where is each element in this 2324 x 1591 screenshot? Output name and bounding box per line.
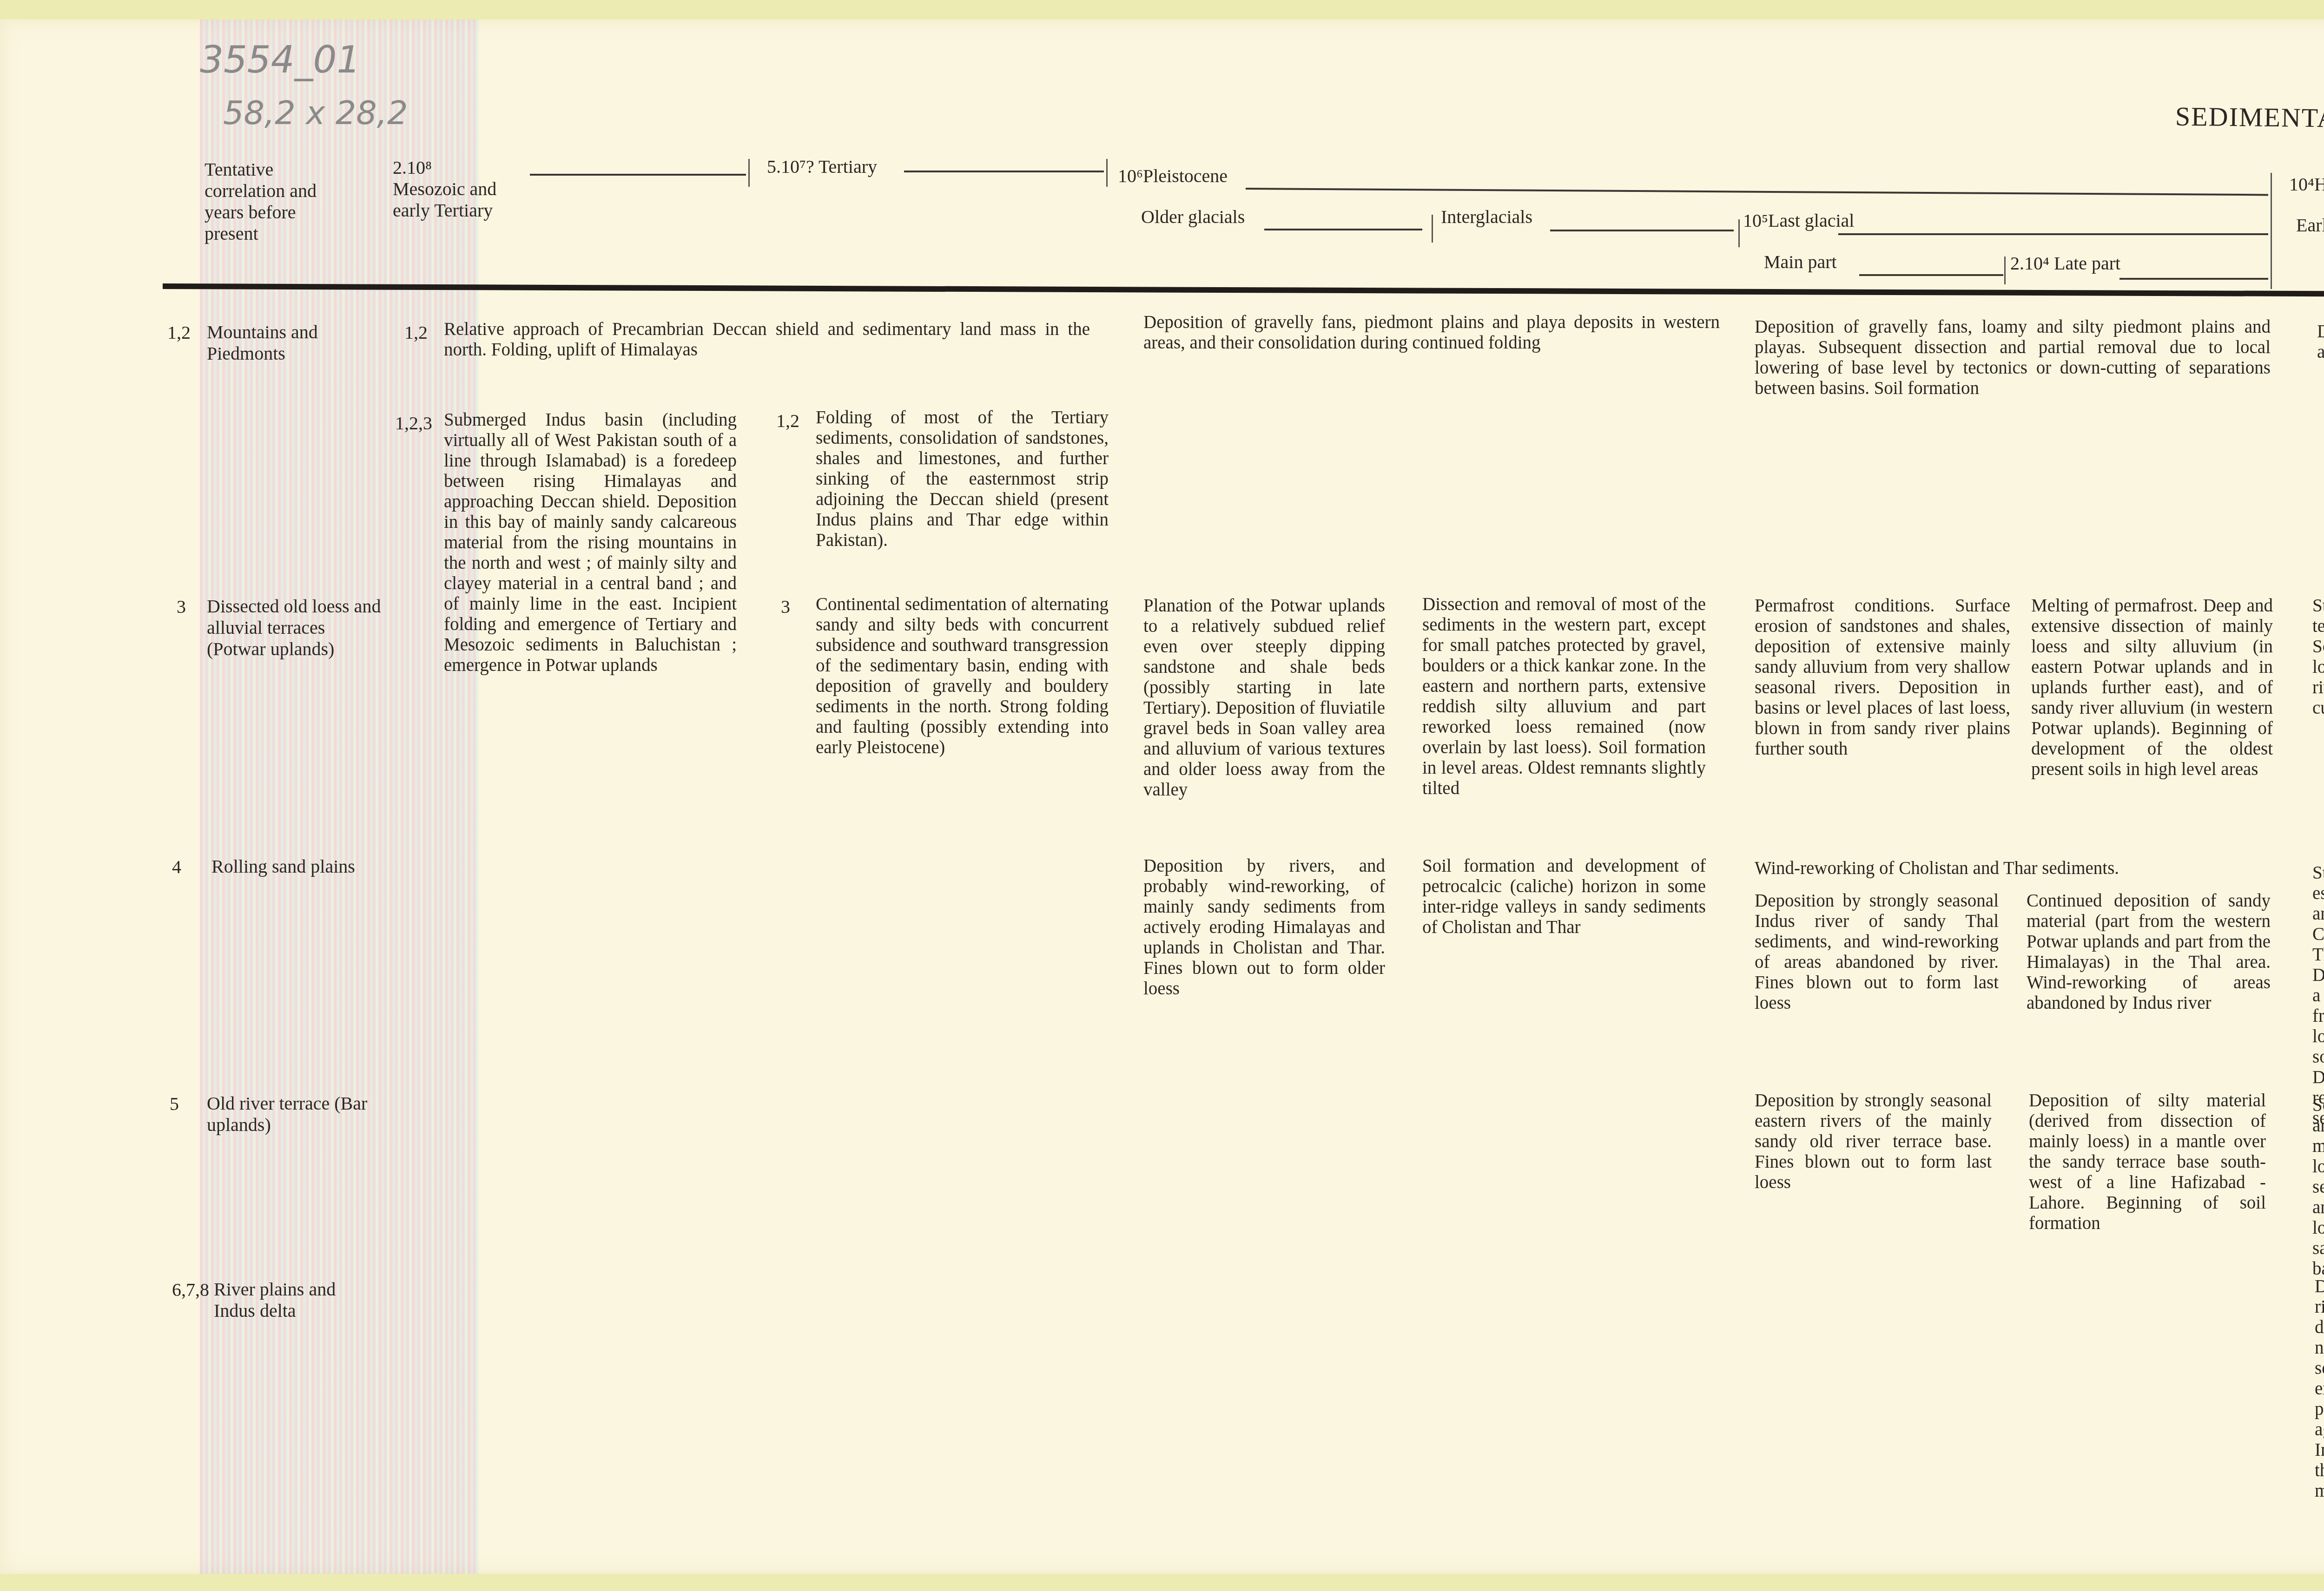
cell-late-part: Deposition of silty material (derived fr… bbox=[2029, 1091, 2266, 1234]
cell-holocene: Down-cutting and partial removal of sedi… bbox=[2317, 322, 2324, 362]
cell-main-part: Deposition by strongly seasonal Indus ri… bbox=[1755, 891, 1999, 1013]
header-older-glacials: Older glacials bbox=[1141, 205, 1245, 229]
cell-tertiary: Continental sedimentation of alternating… bbox=[816, 594, 1109, 758]
cell-interglacials: Soil formation and development of petroc… bbox=[1422, 856, 1706, 938]
scan-artifact-stripes bbox=[200, 20, 479, 1574]
cell-mesozoic: Submerged Indus basin (including virtual… bbox=[444, 410, 737, 676]
header-divider bbox=[163, 283, 2324, 299]
row-number: 1,2 bbox=[139, 322, 191, 343]
cell-pleistocene-older: Deposition of gravelly fans, piedmont pl… bbox=[1143, 312, 1720, 353]
header-early: Early bbox=[2296, 214, 2324, 237]
landform-label: Rolling sand plains bbox=[211, 856, 397, 877]
cell-main-part: Deposition by strongly seasonal eastern … bbox=[1755, 1091, 1992, 1193]
document-title: SEDIMENTARY HISTORY OF MAIN LANDFORMS IN… bbox=[2175, 101, 2324, 141]
header-pleistocene: 10⁶Pleistocene bbox=[1118, 164, 1228, 188]
cell-last-glacial-span: Wind-reworking of Cholistan and Thar sed… bbox=[1755, 858, 2266, 879]
header-interglacials: Interglacials bbox=[1441, 205, 1532, 229]
cell-early: Stabilization of loess and river terrace… bbox=[2312, 596, 2324, 718]
cell-early: Stabilization of sands by establishment … bbox=[2312, 863, 2324, 1129]
map-unit-number: 1,2,3 bbox=[372, 412, 432, 434]
row-number: 4 bbox=[139, 856, 181, 878]
map-unit-number: 3 bbox=[753, 596, 790, 618]
cell-interglacials: Dissection and removal of most of the se… bbox=[1422, 594, 1706, 799]
map-unit-number: 1,2 bbox=[372, 322, 428, 343]
row-number: 5 bbox=[139, 1093, 179, 1115]
cell-early: Soil formation, down-cutting and removal… bbox=[2312, 1095, 2324, 1279]
chart-sheet: 3554_01 58,2 x 28,2 SEDIMENTARY HISTORY … bbox=[0, 20, 2324, 1574]
cell-last-glacial: Deposition of gravelly fans, loamy and s… bbox=[1755, 317, 2271, 399]
header-holocene: 10⁴Holocene bbox=[2289, 173, 2324, 196]
header-main-part: Main part bbox=[1764, 250, 1837, 274]
cell-tertiary: Folding of most of the Tertiary sediment… bbox=[816, 408, 1109, 551]
handwritten-dimensions: 58,2 x 28,2 bbox=[223, 94, 408, 132]
cell-older-glacials: Deposition by rivers, and probably wind-… bbox=[1143, 856, 1385, 999]
landform-label: Mountains and Piedmonts bbox=[207, 322, 346, 364]
header-last-glacial: 10⁵Last glacial bbox=[1743, 209, 1854, 232]
row-number: 3 bbox=[139, 596, 186, 618]
cell-late-part: Melting of permafrost. Deep and extensiv… bbox=[2031, 596, 2273, 780]
cell-older-glacials: Planation of the Potwar uplands to a rel… bbox=[1143, 596, 1385, 800]
landform-label: River plains and Indus delta bbox=[214, 1279, 381, 1321]
handwritten-catalog-id: 3554_01 bbox=[200, 38, 360, 81]
row-number: 6,7,8 bbox=[139, 1279, 209, 1301]
header-tertiary: 5.10⁷? Tertiary bbox=[767, 155, 877, 178]
cell-early: Down-cutting of eastern rivers into the … bbox=[2315, 1276, 2324, 1501]
landform-label: Old river terrace (Bar uplands) bbox=[207, 1093, 383, 1136]
map-unit-number: 1,2 bbox=[753, 410, 799, 432]
cell-mesozoic-tertiary: Relative approach of Precambrian Deccan … bbox=[444, 319, 1090, 360]
cell-late-part: Continued deposition of sandy material (… bbox=[2027, 891, 2271, 1013]
header-late-part: 2.10⁴ Late part bbox=[2010, 252, 2120, 275]
header-mesozoic: 2.10⁸ Mesozoic and early Tertiary bbox=[393, 157, 504, 221]
cell-main-part: Permafrost conditions. Surface erosion o… bbox=[1755, 596, 2010, 759]
header-correlation-label: Tentative correlation and years before p… bbox=[205, 159, 325, 244]
landform-label: Dissected old loess and alluvial terrace… bbox=[207, 596, 388, 660]
